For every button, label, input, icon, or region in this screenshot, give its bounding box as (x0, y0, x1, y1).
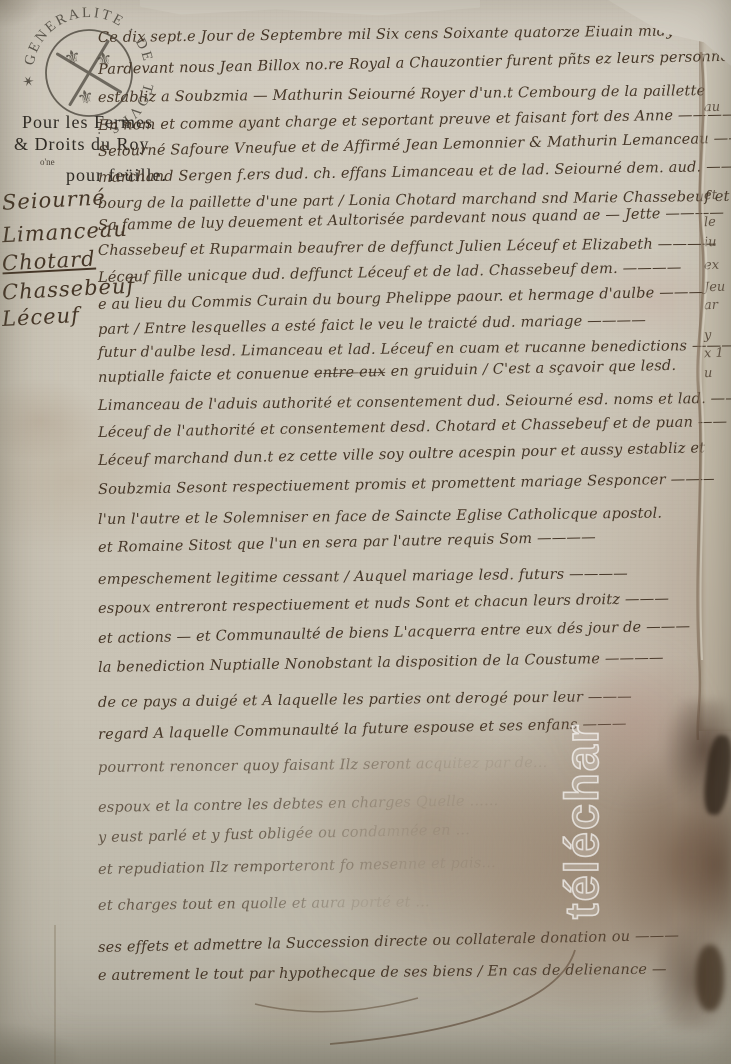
manuscript-line: y eust parlé et y fust obligée ou condam… (98, 822, 470, 846)
site-watermark: téléchar (554, 686, 612, 956)
manuscript-line: establiz a Soubzmia — Mathurin Seiourné … (98, 83, 706, 106)
manuscript-line: e au lieu du Commis Curain du bourg Phel… (98, 284, 704, 313)
manuscript-line: Chassebeuf et Ruparmain beaufrer de deff… (98, 236, 717, 259)
manuscript-line: Pardevant nous Jean Billox no.re Royal a… (98, 49, 731, 78)
manuscript-line: Léceuf de l'authorité et consentement de… (98, 414, 728, 441)
manuscript-line: Seiourné Safoure Vneufue et de Affirmé J… (98, 130, 731, 160)
manuscript-line: espoux et la contre les debtes en charge… (98, 793, 499, 816)
manuscript-line: de ce pays a duigé et A laquelle les par… (98, 689, 632, 711)
manuscript-line: et Romaine Sitost que l'un en sera par l… (98, 530, 596, 556)
manuscript-line: espoux entreront respectiuement et nuds … (98, 591, 669, 617)
manuscript-line: Léceuf fille unicque dud. deffunct Léceu… (98, 260, 682, 286)
manuscript-line: nuptialle faicte et conuenue e̶n̶t̶r̶e̶ … (98, 358, 677, 386)
manuscript-line: e autrement le tout par hypothecque de s… (98, 962, 667, 984)
manuscript-line: Ce dix sept.e Jour de Septembre mil Six … (98, 23, 675, 46)
manuscript-line: regard A laquelle Communaulté la future … (98, 716, 627, 743)
manuscript-line: l'un l'autre et le Solemniser en face de… (98, 506, 662, 528)
manuscript-body: Ce dix sept.e Jour de Septembre mil Six … (0, 0, 731, 1064)
manuscript-line: Léceuf marchand dun.t ez cette ville soy… (98, 440, 706, 469)
manuscript-line: part / Entre lesquelles a esté faict le … (98, 312, 646, 338)
manuscript-line: marchand Sergen f.ers dud. ch. effans Li… (98, 159, 731, 186)
manuscript-line: la benediction Nuptialle Nonobstant la d… (98, 650, 664, 676)
manuscript-line: pourront renoncer quoy faisant Ilz seron… (98, 755, 548, 776)
manuscript-photo: auetleiuexJeuaryx 1u ✶ GENERALITE · DE ·… (0, 0, 731, 1064)
fold-crease (54, 925, 56, 1064)
manuscript-line: et repudiation Ilz remporteront fo mesen… (98, 855, 496, 878)
manuscript-line: Soubzmia Sesont respectiuement promis et… (98, 471, 715, 498)
manuscript-line: et charges tout en quolle et aura porté … (98, 894, 430, 914)
manuscript-line: Limanceau de l'aduis authorité et consen… (98, 391, 731, 414)
manuscript-line: empeschement legitime cessant / Auquel m… (98, 566, 628, 588)
manuscript-line: futur d'aulbe lesd. Limanceau et lad. Lé… (98, 338, 731, 361)
manuscript-line: En nom et comme ayant charge et seportan… (98, 107, 731, 134)
manuscript-line: et actions — et Communaulté de biens L'a… (98, 619, 691, 647)
